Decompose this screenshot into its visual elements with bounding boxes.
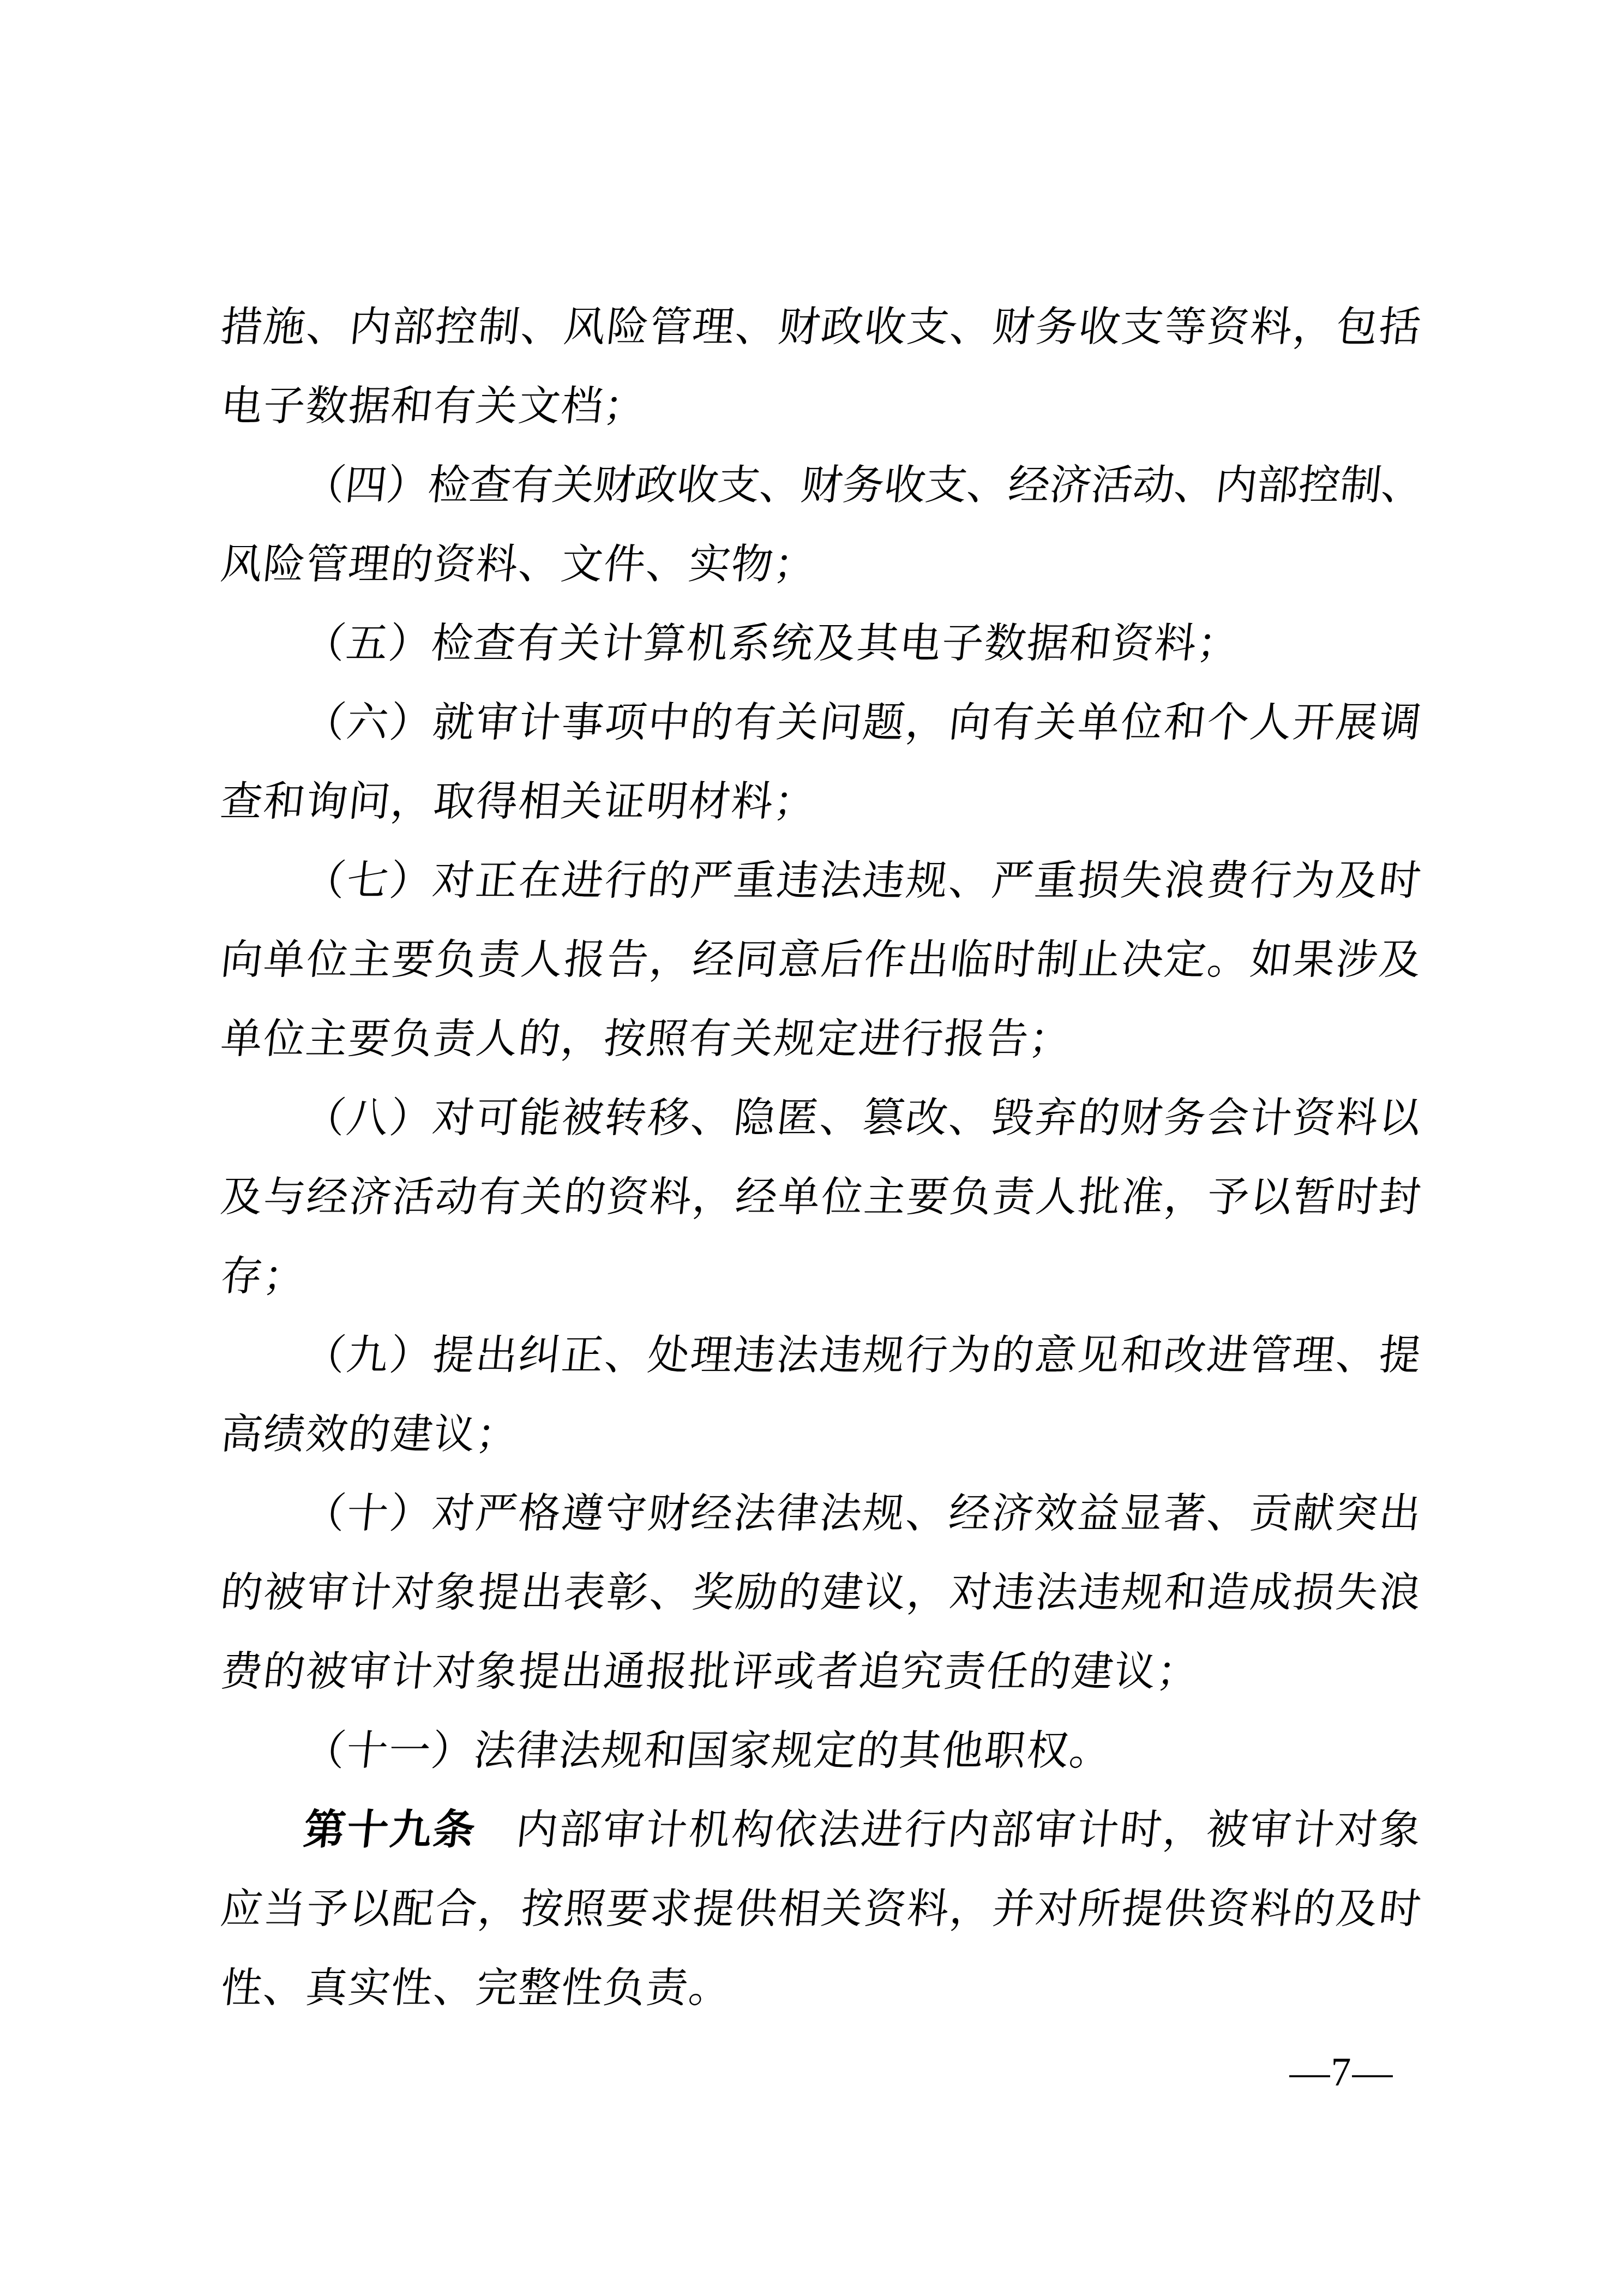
text-line: 存； (217, 1237, 1424, 1316)
text-line: 措施、内部控制、风险管理、财政收支、财务收支等资料，包括 (217, 288, 1424, 367)
text-line: 应当予以配合，按照要求提供相关资料，并对所提供资料的及时 (217, 1870, 1424, 1949)
text-line: 费的被审计对象提出通报批评或者追究责任的建议； (217, 1633, 1424, 1712)
text-line: （六）就审计事项中的有关问题，向有关单位和个人开展调 (217, 684, 1424, 763)
text-line: （五）检查有关计算机系统及其电子数据和资料； (217, 604, 1424, 684)
text-line: 及与经济活动有关的资料，经单位主要负责人批准，予以暂时封 (217, 1158, 1424, 1237)
text-line: 单位主要负责人的，按照有关规定进行报告； (217, 1000, 1424, 1079)
article-19-line: 第十九条内部审计机构依法进行内部审计时，被审计对象 (217, 1791, 1424, 1870)
text-line: （八）对可能被转移、隐匿、篡改、毁弃的财务会计资料以 (217, 1079, 1424, 1158)
text-line: 性、真实性、完整性负责。 (217, 1949, 1424, 2028)
text-line: 查和询问，取得相关证明材料； (217, 763, 1424, 842)
text-line: （七）对正在进行的严重违法违规、严重损失浪费行为及时 (217, 842, 1424, 921)
text-line: 风险管理的资料、文件、实物； (217, 525, 1424, 604)
text-line: （十）对严格遵守财经法律法规、经济效益显著、贡献突出 (217, 1474, 1424, 1554)
text-line: 向单位主要负责人报告，经同意后作出临时制止决定。如果涉及 (217, 921, 1424, 1000)
article-number-heading-char: 十 (342, 1791, 392, 1870)
text-line: （十一）法律法规和国家规定的其他职权。 (217, 1712, 1424, 1791)
text-line: 高绩效的建议； (217, 1395, 1424, 1474)
document-page: 措施、内部控制、风险管理、财政收支、财务收支等资料，包括电子数据和有关文档；（四… (0, 0, 1623, 2296)
text-line: 的被审计对象提出表彰、奖励的建议，对违法违规和造成损失浪 (217, 1554, 1424, 1633)
text-line: （四）检查有关财政收支、财务收支、经济活动、内部控制、 (217, 446, 1424, 525)
page-number: —7— (1276, 2047, 1407, 2099)
text-line: （九）提出纠正、处理违法违规行为的意见和改进管理、提 (217, 1316, 1424, 1395)
article-number-heading-char: 条 (429, 1791, 479, 1870)
article-number-heading-char: 第 (299, 1791, 349, 1870)
article-number-heading-char: 九 (386, 1791, 436, 1870)
document-body: 措施、内部控制、风险管理、财政收支、财务收支等资料，包括电子数据和有关文档；（四… (221, 288, 1421, 2028)
text-line: 电子数据和有关文档； (217, 367, 1424, 446)
